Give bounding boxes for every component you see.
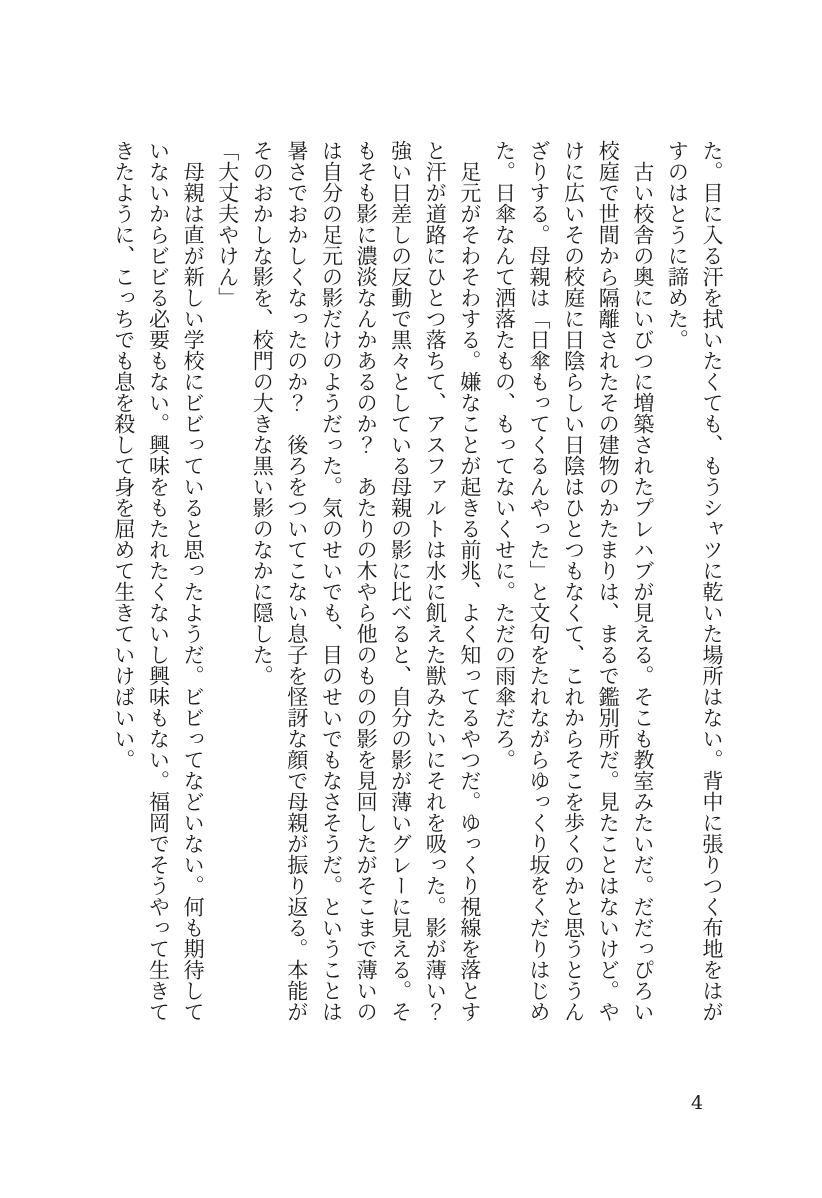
text-line: ざりする。母親は「日傘もってくるんやった」と文句をたれながらゆっくり坂をくだりは… — [521, 140, 556, 1032]
text-line: もそも影に濃淡なんかあるのか？ あたりの木やら他のものの影を見回したがそこまで薄… — [348, 140, 383, 1032]
text-line: 強い日差しの反動で黒々としている母親の影に比べると、自分の影が薄いグレーに見える… — [383, 140, 418, 1032]
text-line: た。目に入る汗を拭いたくても、もうシャツに乾いた場所はない。背中に張りつく布地を… — [694, 140, 729, 1032]
text-line: そのおかしな影を、校門の大きな黒い影のなかに隠した。 — [245, 140, 280, 1032]
text-line: きたように、こっちでも息を殺して身を屈めて生きていけばいい。 — [106, 140, 141, 1032]
book-page: た。目に入る汗を拭いたくても、もうシャツに乾いた場所はない。背中に張りつく布地を… — [0, 0, 822, 1198]
text-line: けに広いその校庭に日陰らしい日陰はひとつもなくて、これからそこを歩くのかと思うと… — [556, 140, 591, 1032]
text-block: た。目に入る汗を拭いたくても、もうシャツに乾いた場所はない。背中に張りつく布地を… — [106, 140, 729, 1032]
text-line: は自分の足元の影だけのようだった。気のせいでも、目のせいでもなさそうだ。というこ… — [314, 140, 349, 1032]
text-line: 校庭で世間から隔離されたその建物のかたまりは、まるで鑑別所だ。見たことはないけど… — [591, 140, 626, 1032]
text-line: すのはとうに諦めた。 — [660, 140, 695, 1032]
text-line: 「大丈夫やけん」 — [210, 140, 245, 1032]
page-number: 4 — [679, 1092, 715, 1114]
text-line: 足元がそわそわする。嫌なことが起きる前兆、よく知ってるやつだ。ゆっくり視線を落と… — [452, 140, 487, 1032]
text-line: 母親は直が新しい学校にビビっていると思ったようだ。ビビってなどいない。何も期待し… — [176, 140, 211, 1032]
text-line: と汗が道路にひとつ落ちて、アスファルトは水に飢えた獣みたいにそれを吸った。影が薄… — [418, 140, 453, 1032]
text-line: いないからビビる必要もない。興味をもたれたくないし興味もない。福岡でそうやって生… — [141, 140, 176, 1032]
text-line: た。日傘なんて洒落たもの、もってないくせに。ただの雨傘だろ。 — [487, 140, 522, 1032]
text-line: 古い校舎の奥にいびつに増築されたプレハブが見える。そこも教室みたいだ。だだっぴろ… — [625, 140, 660, 1032]
text-line: 暑さでおかしくなったのか？ 後ろをついてこない息子を怪訝な顔で母親が振り返る。本… — [279, 140, 314, 1032]
